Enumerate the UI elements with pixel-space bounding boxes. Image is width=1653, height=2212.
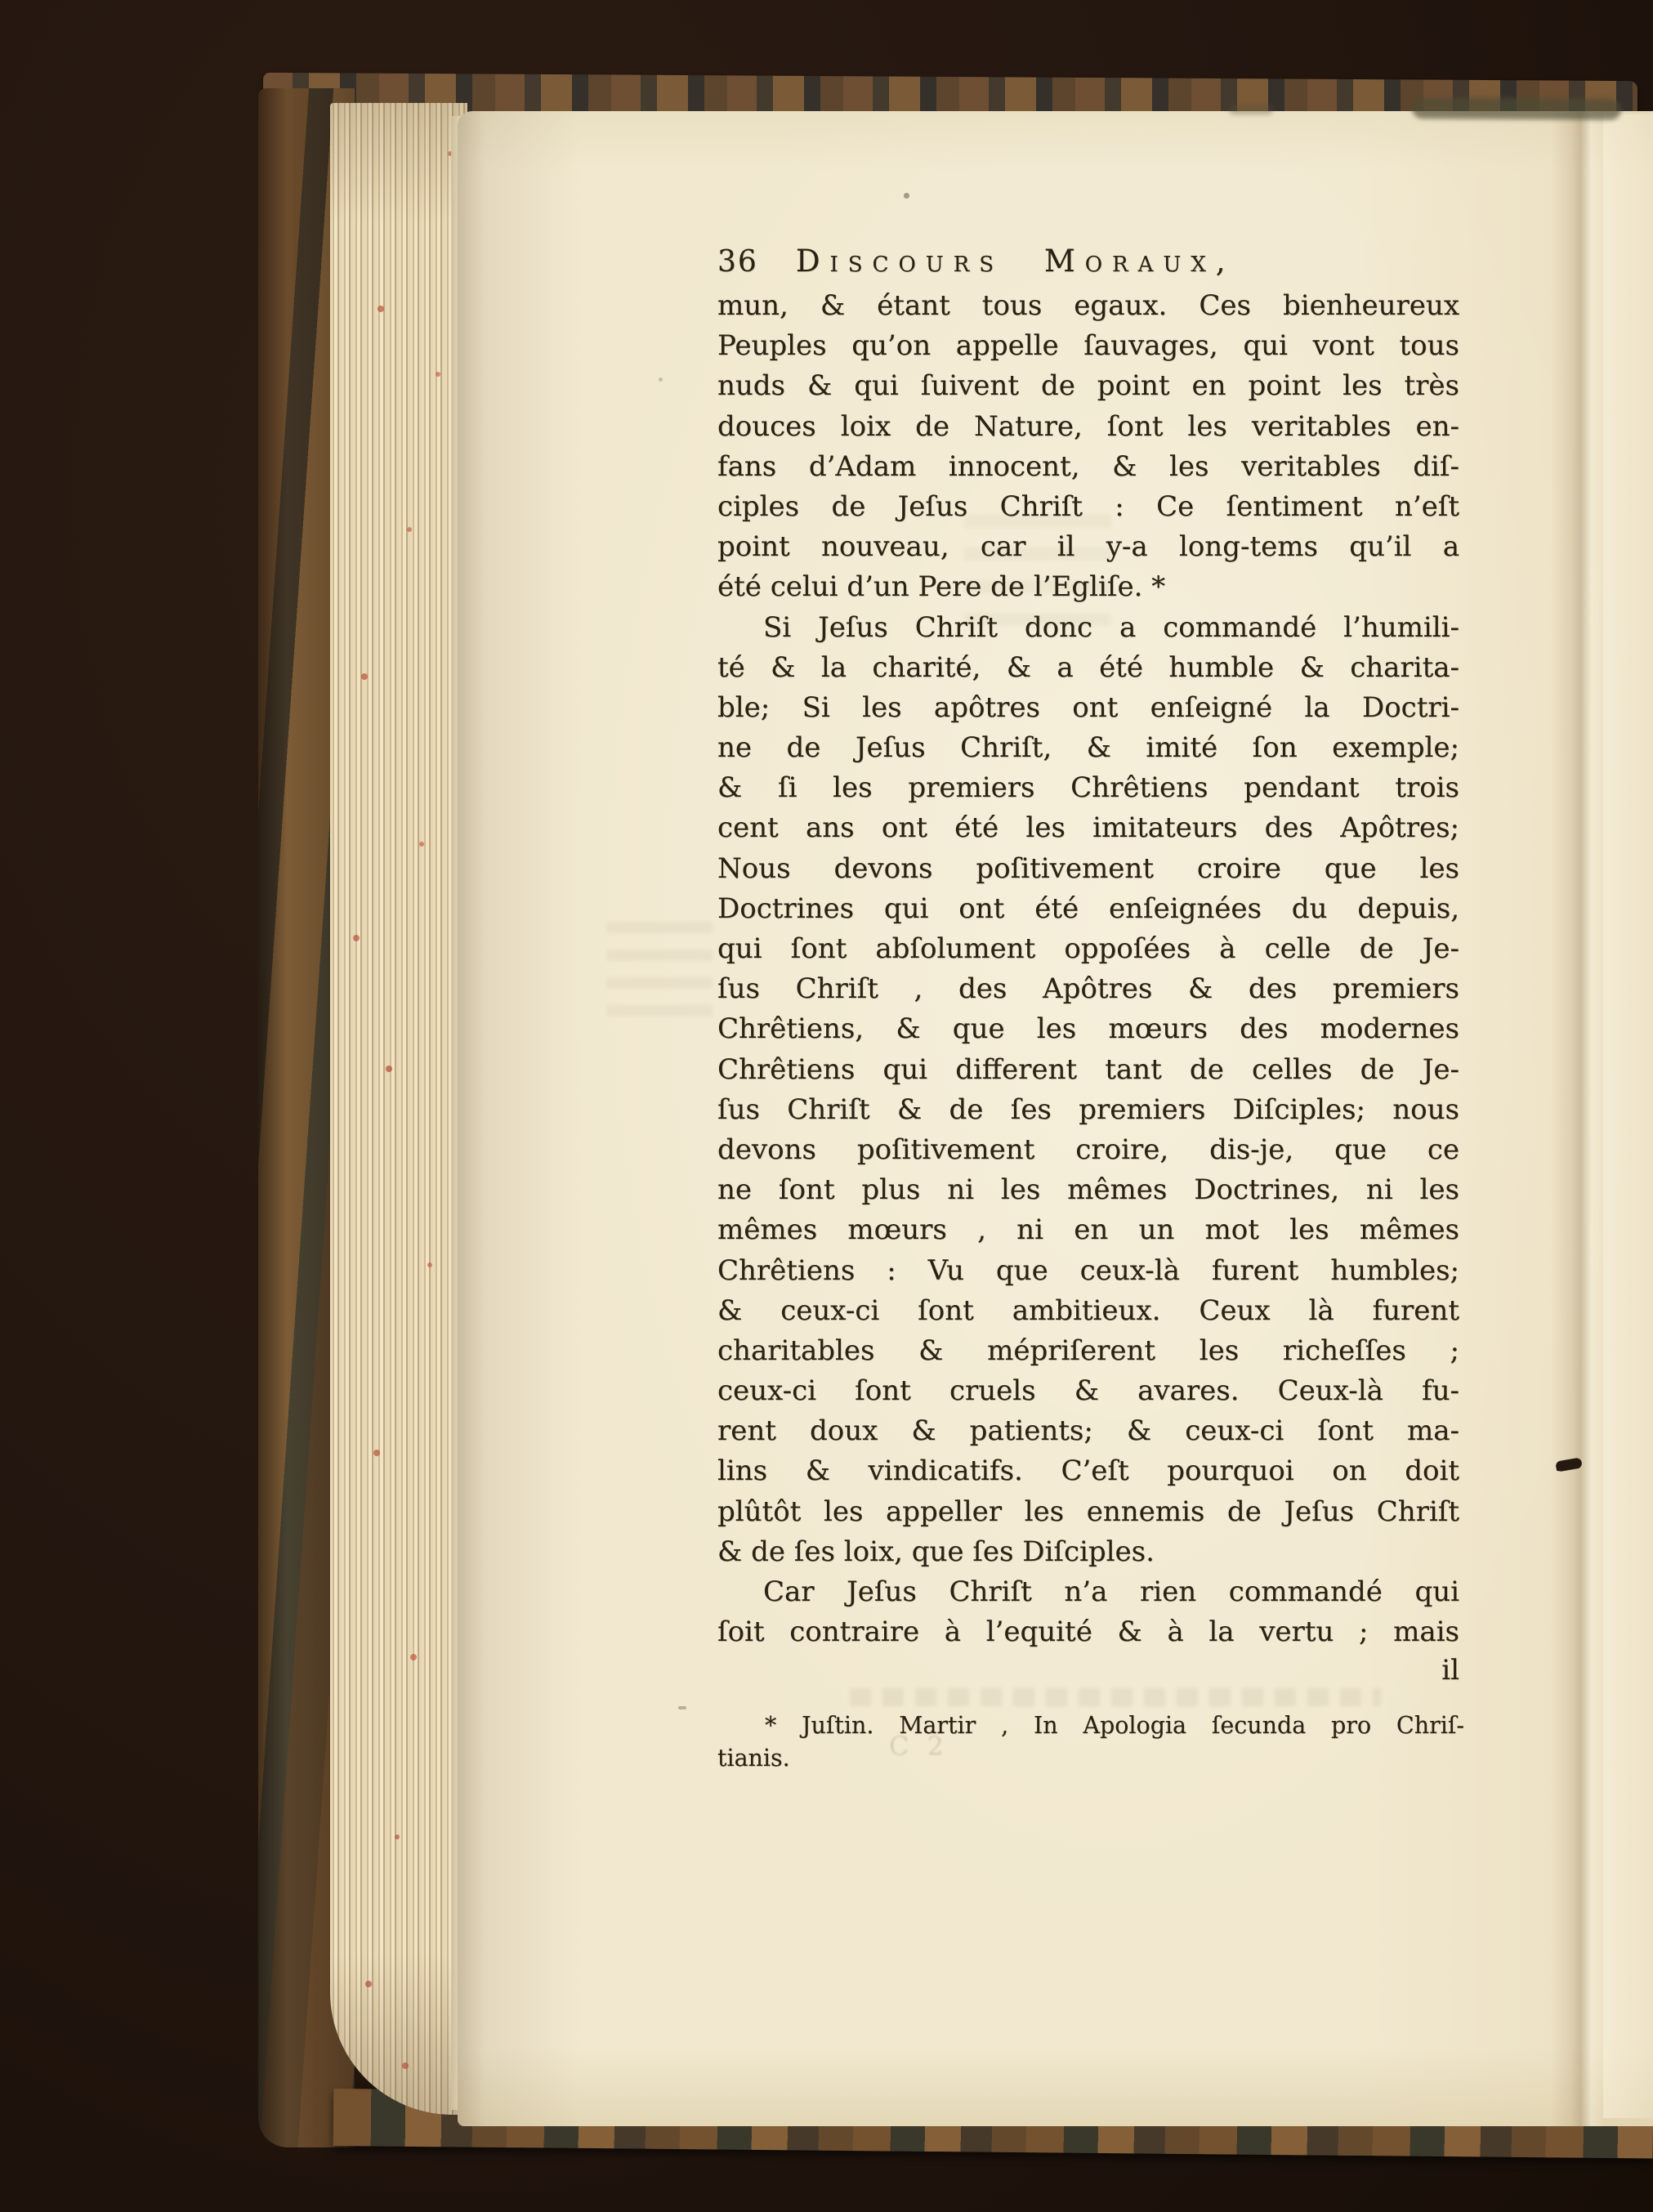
text-line: * Juſtin. Martir , In Apologia ſecunda p… — [717, 1709, 1464, 1742]
next-leaf-surface — [1603, 114, 1653, 2118]
page-number: 36 — [717, 245, 758, 279]
text-line: & ſi les premiers Chrêtiens pendant troi… — [717, 768, 1459, 808]
text-line: Si Jeſus Chriſt donc a commandé l’humili… — [717, 608, 1459, 648]
text-line: ceux-ci ſont cruels & avares. Ceux-là fu… — [717, 1371, 1459, 1411]
page-stack-edges — [330, 103, 467, 2115]
text-line: té & la charité, & a été humble & charit… — [717, 648, 1459, 688]
text-line: qui ſont abſolument oppoſées à celle de … — [717, 929, 1459, 969]
running-header: 36 Discours Moraux, — [717, 244, 1459, 286]
text-line: nuds & qui ſuivent de point en point les… — [717, 366, 1459, 406]
text-line: Nous devons poſitivement croire que les — [717, 849, 1459, 889]
paper-speck — [904, 193, 909, 199]
text-line: cent ans ont été les imitateurs des Apôt… — [717, 808, 1459, 848]
text-line: rent doux & patients; & ceux-ci ſont ma- — [717, 1411, 1459, 1451]
paper-speck — [678, 1706, 686, 1709]
paper-speck — [659, 378, 663, 382]
text-line: Chrêtiens : Vu que ceux-là furent humble… — [717, 1251, 1459, 1291]
page-fold-crease — [1551, 111, 1605, 2126]
top-edge-stain — [1412, 97, 1621, 120]
text-line: & ceux-ci ſont ambitieux. Ceux là furent — [717, 1291, 1459, 1331]
text-line: point nouveau, car il y-a long-tems qu’i… — [717, 527, 1459, 567]
text-line: Peuples qu’on appelle ſauvages, qui vont… — [717, 326, 1459, 366]
text-line: été celui d’un Pere de l’Egliſe. * — [717, 567, 1459, 607]
text-line: mêmes mœurs , ni en un mot les mêmes — [717, 1210, 1459, 1250]
text-line: lins & vindicatifs. C’eſt pourquoi on do… — [717, 1451, 1459, 1491]
top-edge-stain-small — [1229, 105, 1273, 114]
text-line: mun, & étant tous egaux. Ces bienheureux — [717, 286, 1459, 326]
showthrough-signature-mark: C 2 — [889, 1731, 949, 1762]
text-line: plûtôt les appeller les ennemis de Jeſus… — [717, 1492, 1459, 1532]
text-line: Doctrines qui ont été enſeignées du depu… — [717, 889, 1459, 929]
text-line: ne ſont plus ni les mêmes Doctrines, ni … — [717, 1170, 1459, 1210]
red-edge-speckles — [330, 103, 333, 106]
body-text: mun, & étant tous egaux. Ces bienheureux… — [717, 286, 1459, 1652]
text-line: ble; Si les apôtres ont enſeigné la Doct… — [717, 688, 1459, 728]
text-line: charitables & mépriſerent les richeſſes … — [717, 1331, 1459, 1371]
text-line: tianis. — [717, 1742, 1464, 1775]
text-line: fans d’Adam innocent, & les veritables d… — [717, 447, 1459, 487]
text-line: ſus Chriſt , des Apôtres & des premiers — [717, 969, 1459, 1009]
text-line: Chrêtiens qui different tant de celles d… — [717, 1050, 1459, 1090]
text-line: Chrêtiens, & que les mœurs des modernes — [717, 1009, 1459, 1049]
text-line: ſoit contraire à l’equité & à la vertu ;… — [717, 1612, 1459, 1652]
showthrough-text-line — [850, 1688, 1381, 1706]
text-line: & de ſes loix, que ſes Diſciples. — [717, 1532, 1459, 1572]
printed-text-block: 36 Discours Moraux, mun, & étant tous eg… — [717, 244, 1459, 1652]
text-line: Car Jeſus Chriſt n’a rien commandé qui — [717, 1572, 1459, 1612]
catchword: il — [717, 1654, 1459, 1687]
text-line: devons poſitivement croire, dis-je, que … — [717, 1130, 1459, 1170]
running-title: Discours Moraux, — [796, 244, 1235, 279]
footnote: * Juſtin. Martir , In Apologia ſecunda p… — [717, 1709, 1464, 1774]
text-line: ſus Chriſt & de ſes premiers Diſciples; … — [717, 1090, 1459, 1130]
text-line: douces loix de Nature, ſont les veritabl… — [717, 407, 1459, 447]
text-line: ciples de Jeſus Chriſt : Ce ſentiment n’… — [717, 487, 1459, 527]
showthrough-smudge-left-margin — [606, 922, 713, 1028]
text-line: ne de Jeſus Chriſt, & imité ſon exemple; — [717, 728, 1459, 768]
